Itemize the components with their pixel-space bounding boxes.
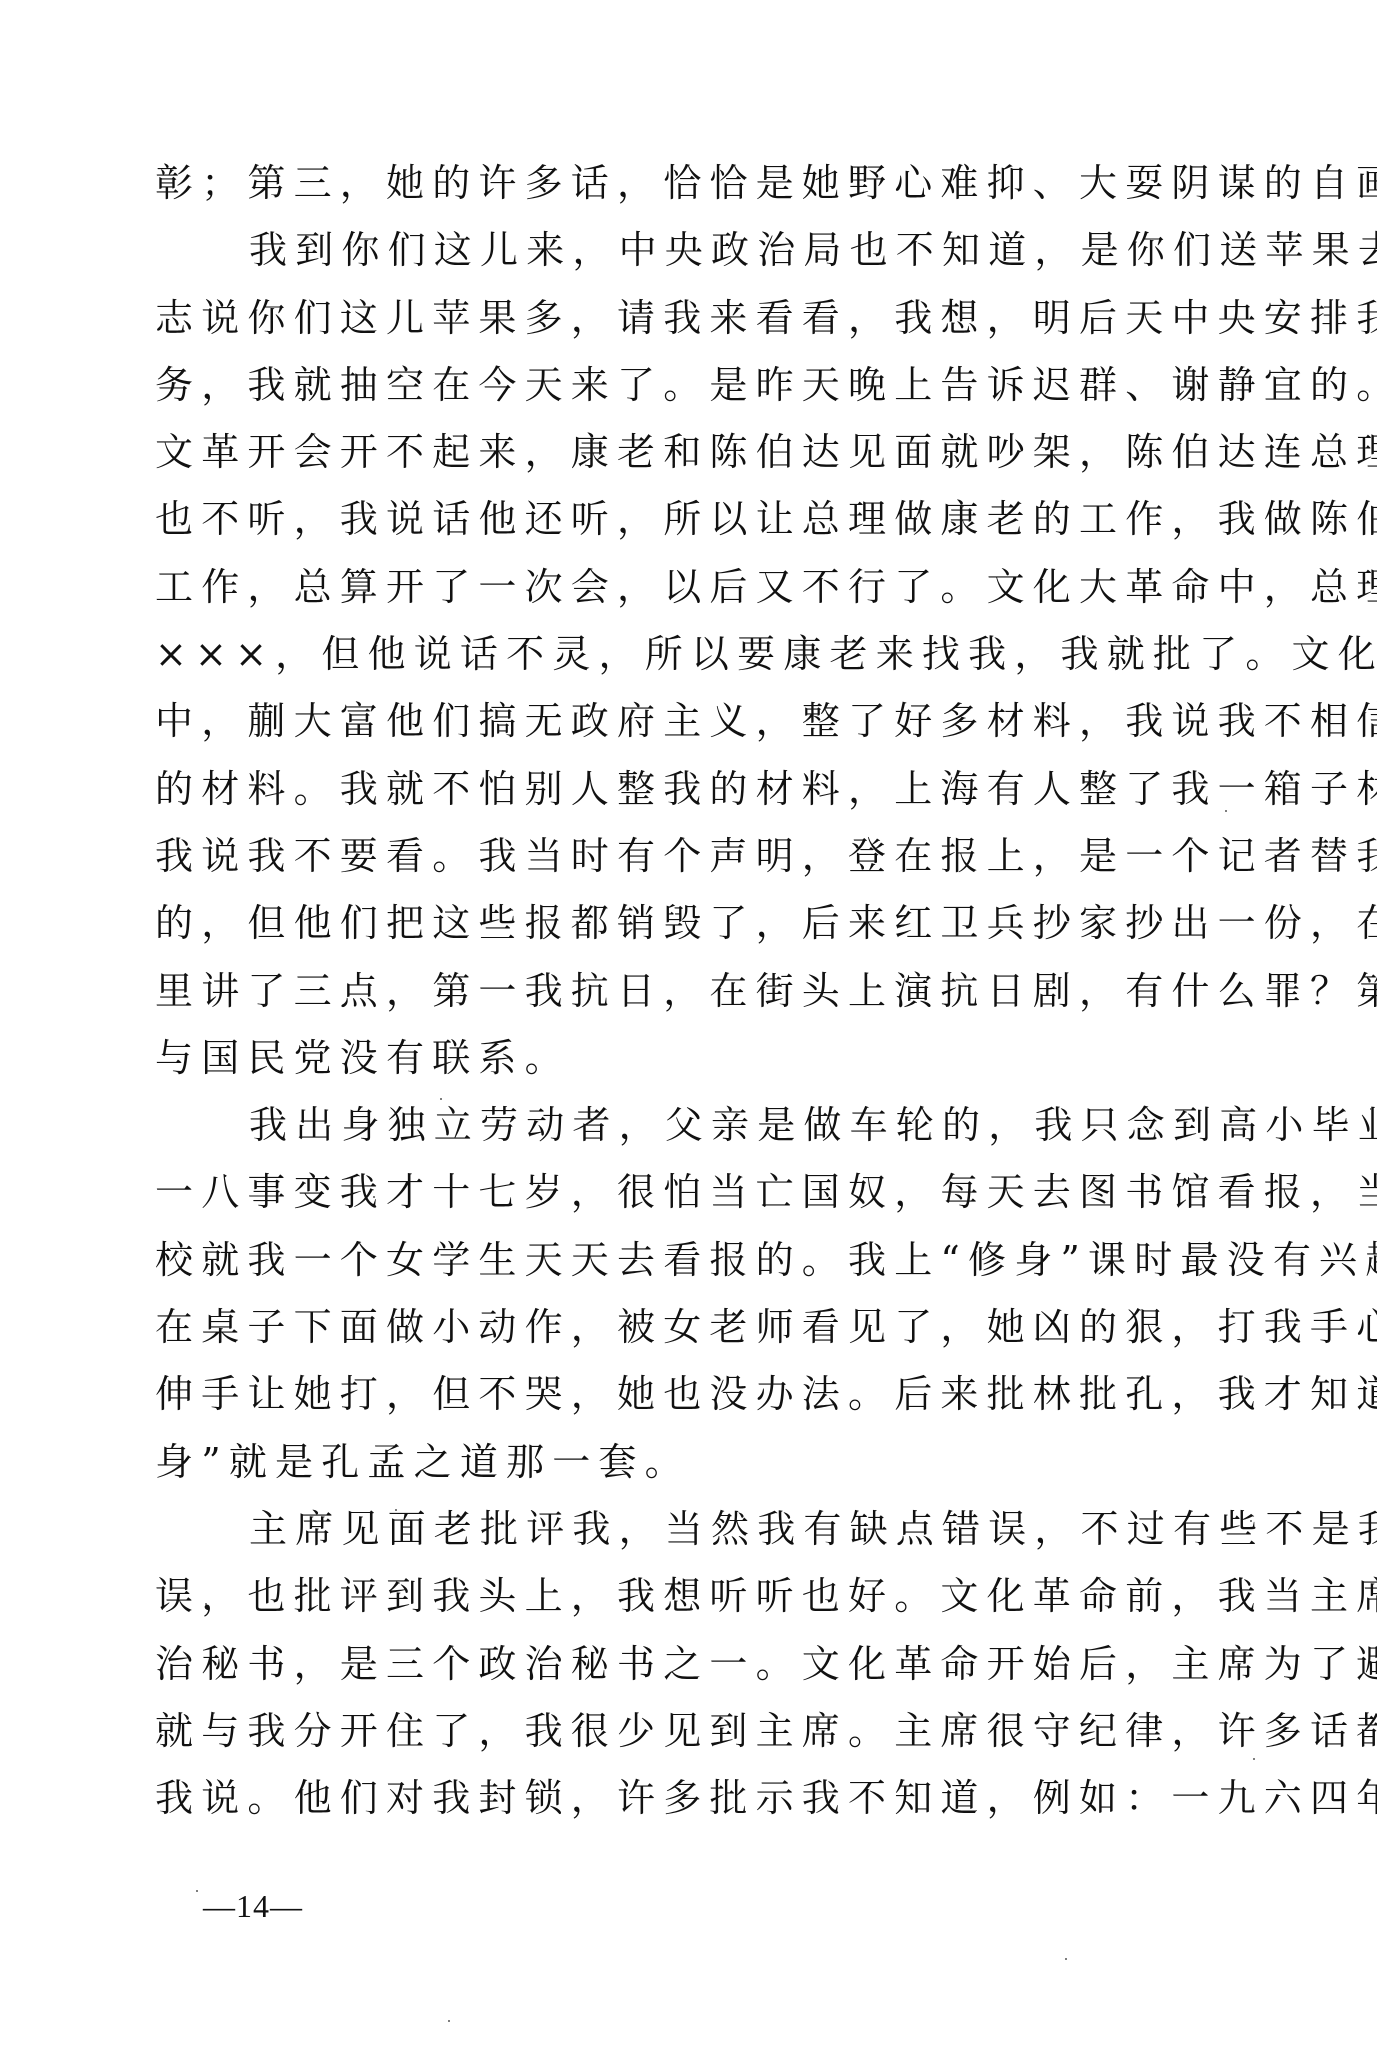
- text-line: 就与我分开住了，我很少见到主席。主席很守纪律，许多话都不向: [155, 1698, 1280, 1765]
- text-line: 一八事变我才十七岁，很怕当亡国奴，每天去图书馆看报，当时学: [155, 1159, 1280, 1226]
- scan-speck: [1250, 1520, 1252, 1522]
- body-text: 彰；第三，她的许多话，恰恰是她野心难抑、大耍阴谋的自画像）： 我到你们这儿来，中…: [155, 150, 1280, 1832]
- text-line: 治秘书，是三个政治秘书之一。文化革命开始后，主席为了避嫌，: [155, 1631, 1280, 1698]
- text-line: ×××，但他说话不灵，所以要康老来找我，我就批了。文化革命: [155, 621, 1280, 688]
- text-line: 里讲了三点，第一我抗日，在街头上演抗日剧，有什么罪？第二我: [155, 958, 1280, 1025]
- scan-speck: [373, 1196, 375, 1198]
- text-line: 伸手让她打，但不哭，她也没办法。后来批林批孔，我才知道“修: [155, 1361, 1280, 1428]
- text-line: 的材料。我就不怕别人整我的材料，上海有人整了我一箱子材料，: [155, 756, 1280, 823]
- text-line: 与国民党没有联系。: [155, 1025, 1280, 1092]
- text-line: 务，我就抽空在今天来了。是昨天晚上告诉迟群、谢静宜的。中央: [155, 352, 1280, 419]
- scan-speck: [1253, 1758, 1255, 1760]
- text-line: 中，蒯大富他们搞无政府主义，整了好多材料，我说我不相信你们: [155, 688, 1280, 755]
- text-line: 志说你们这儿苹果多，请我来看看，我想，明后天中央安排我有任: [155, 285, 1280, 352]
- document-page: 彰；第三，她的许多话，恰恰是她野心难抑、大耍阴谋的自画像）： 我到你们这儿来，中…: [0, 0, 1377, 2051]
- text-line: 校就我一个女学生天天去看报的。我上“修身”课时最没有兴趣，: [155, 1227, 1280, 1294]
- scan-speck: [448, 2020, 450, 2022]
- text-line: 的，但他们把这些报都销毁了，后来红卫兵抄家抄出一份，在声明: [155, 890, 1280, 957]
- text-line: 工作，总算开了一次会，以后又不行了。文化大革命中，总理要保: [155, 554, 1280, 621]
- scan-speck: [180, 1250, 182, 1252]
- scan-speck: [196, 1890, 198, 1892]
- text-line: 我出身独立劳动者，父亲是做车轮的，我只念到高小毕业，九: [155, 1092, 1280, 1159]
- text-line: 我说。他们对我封锁，许多批示我不知道，例如：一九六四年关于: [155, 1765, 1280, 1832]
- text-line: 在桌子下面做小动作，被女老师看见了，她凶的狠，打我手心，我: [155, 1294, 1280, 1361]
- page-number: —14—: [203, 1888, 303, 1925]
- text-line: 误，也批评到我头上，我想听听也好。文化革命前，我当主席的政: [155, 1563, 1280, 1630]
- text-line: 我说我不要看。我当时有个声明，登在报上，是一个记者替我搞: [155, 823, 1280, 890]
- scan-speck: [1065, 1958, 1067, 1960]
- scan-speck: [1225, 810, 1227, 812]
- scan-speck: [440, 1098, 442, 1100]
- text-line: 也不听，我说话他还听，所以让总理做康老的工作，我做陈伯达的: [155, 486, 1280, 553]
- scan-speck: [395, 1509, 397, 1511]
- text-line: 彰；第三，她的许多话，恰恰是她野心难抑、大耍阴谋的自画像）：: [155, 150, 1280, 217]
- text-line: 主席见面老批评我，当然我有缺点错误，不过有些不是我的错: [155, 1496, 1280, 1563]
- text-line: 我到你们这儿来，中央政治局也不知道，是你们送苹果去的同: [155, 217, 1280, 284]
- scan-speck: [1370, 1108, 1372, 1110]
- scan-speck: [205, 1603, 207, 1605]
- text-line: 文革开会开不起来，康老和陈伯达见面就吵架，陈伯达连总理的话: [155, 419, 1280, 486]
- text-line: 身”就是孔孟之道那一套。: [155, 1429, 1280, 1496]
